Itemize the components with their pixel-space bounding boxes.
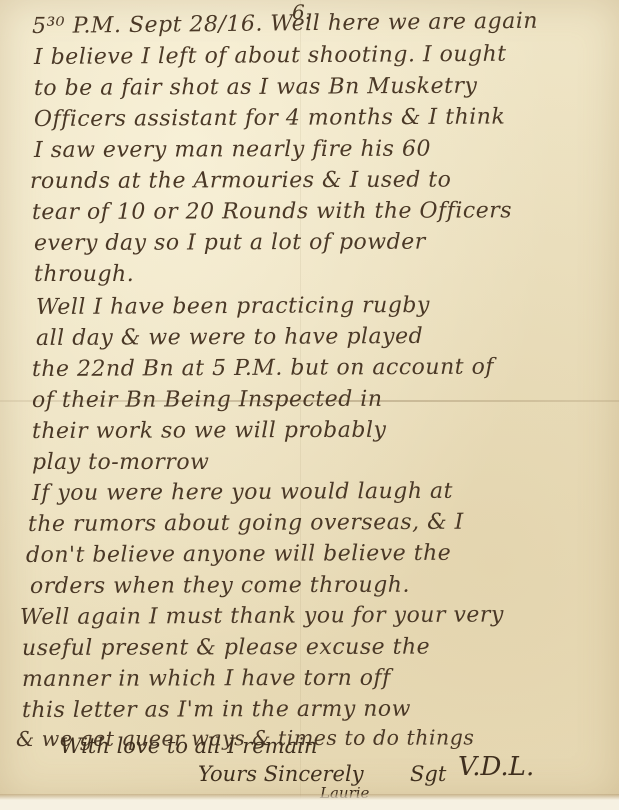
letter-line: rounds at the Armouries & I used to [30,168,451,194]
letter-line: manner in which I have torn off [22,666,391,692]
letter-line: all day & we were to have played [36,324,423,351]
letter-line: their work so we will probably [32,418,386,444]
letter-line: I believe I left of about shooting. I ou… [34,42,507,70]
closing-salutation: With love to all I remain [60,734,317,758]
letter-line: I saw every man nearly fire his 60 [34,137,431,163]
letter-line: the rumors about going overseas, & I [28,510,464,537]
signature-rank: Sgt [410,762,446,786]
letter-line: don't believe anyone will believe the [26,541,451,568]
closing-valediction: Yours Sincerely [198,762,364,786]
letter-line: play to-morrow [32,450,209,475]
torn-bottom-edge [0,794,619,800]
letter-line: of their Bn Being Inspected in [32,387,383,413]
signature-initials: V.D.L. [458,752,534,782]
letter-line: to be a fair shot as I was Bn Musketry [34,74,478,101]
letter-line: Well I have been practicing rugby [36,293,430,320]
letter-line: the 22nd Bn at 5 P.M. but on account of [32,355,494,382]
letter-line: useful present & please excuse the [22,635,430,661]
letter-line: orders when they come through. [30,573,410,599]
letter-line: 5³⁰ P.M. Sept 28/16. Well here we are ag… [32,9,538,39]
letter-line: Officers assistant for 4 months & I thin… [34,105,505,132]
letter-line: this letter as I'm in the army now [22,697,411,723]
letter-line: every day so I put a lot of powder [34,230,426,256]
letter-line: tear of 10 or 20 Rounds with the Officer… [32,198,512,225]
letter-line: If you were here you would laugh at [32,479,453,506]
letter-page: 6. 5³⁰ P.M. Sept 28/16. Well here we are… [0,0,619,800]
letter-line: through. [34,262,134,287]
letter-line: Well again I must thank you for your ver… [20,602,504,630]
